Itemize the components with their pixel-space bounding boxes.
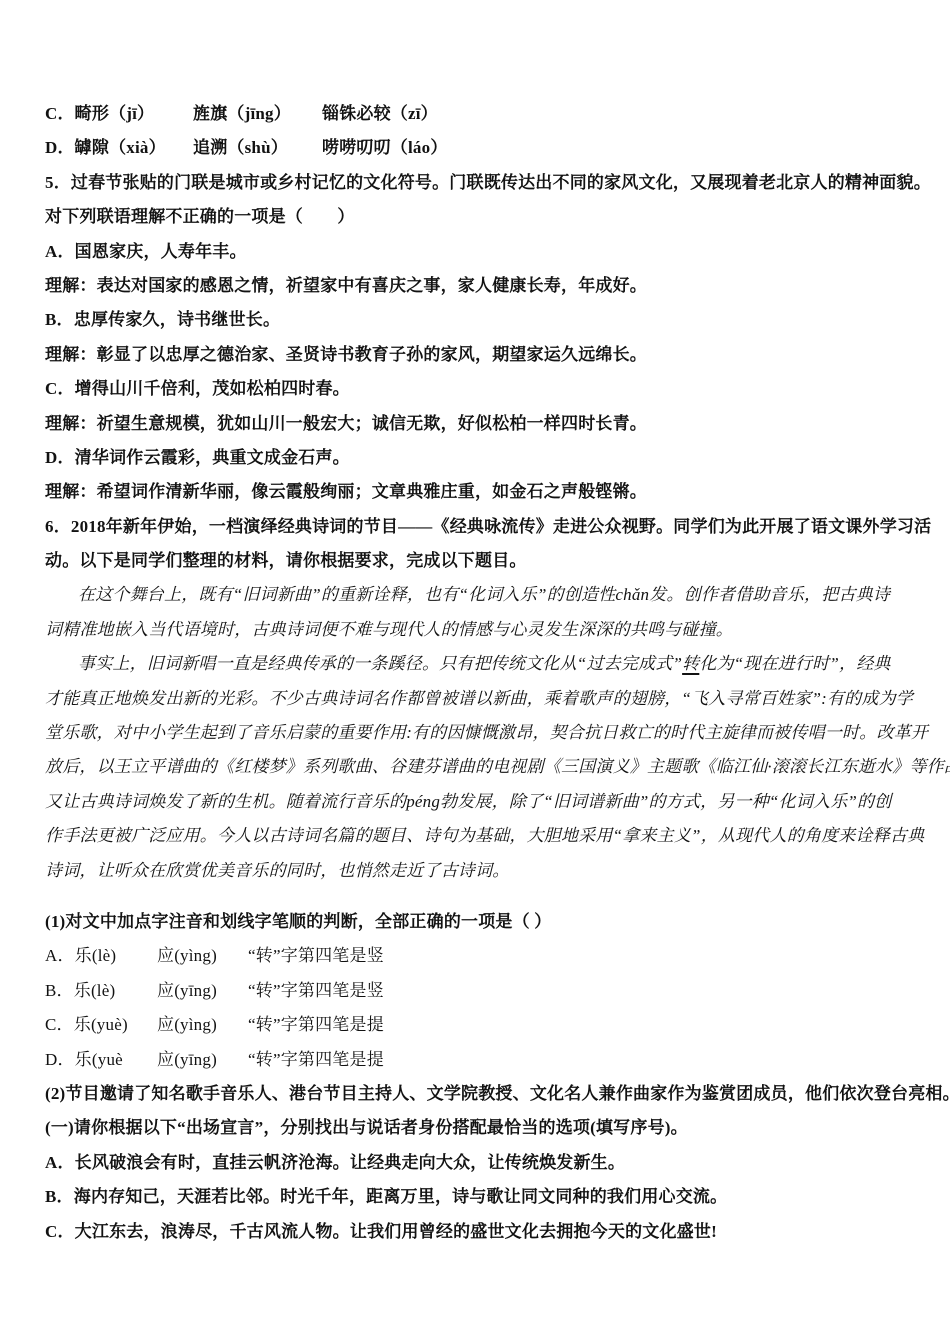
question-6-stem-line-2: 动。以下是同学们整理的材料，请你根据要求，完成以下题目。 bbox=[45, 544, 906, 578]
question-5-option-c-interpretation: 理解：祈望生意规模，犹如山川一般宏大；诚信无欺，好似松柏一样四时长青。 bbox=[45, 407, 906, 441]
pinyin-judgment-cell: D．乐(yuè bbox=[45, 1043, 157, 1077]
question-5-option-d-couplet: D．清华词作云霞彩，典重文成金石声。 bbox=[45, 441, 906, 475]
material-paragraph-2-line-3: 堂乐歌，对中小学生起到了音乐启蒙的重要作用:有的因慷慨激昂，契合抗日救亡的时代主… bbox=[45, 716, 906, 750]
pinyin-option-cell: 旌旗（jīng） bbox=[193, 97, 322, 131]
stroke-judgment-cell: “转”字第四笔是提 bbox=[248, 1008, 906, 1042]
sub-question-1-option-a: A．乐(lè) 应(yìng) “转”字第四笔是竖 bbox=[45, 939, 906, 973]
declaration-option-b: B．海内存知己，天涯若比邻。时光千年，距离万里，诗与歌让同文同种的我们用心交流。 bbox=[45, 1180, 906, 1214]
pinyin-option-row-c: C．畸形（jī） 旌旗（jīng） 锱铢必较（zī） bbox=[45, 97, 906, 131]
underlined-char: 转 bbox=[682, 654, 699, 673]
sub-question-1-option-c: C．乐(yuè) 应(yìng) “转”字第四笔是提 bbox=[45, 1008, 906, 1042]
pinyin-judgment-cell: 应(yìng) bbox=[157, 1008, 248, 1042]
material-paragraph-2-line-5: 又让古典诗词焕发了新的生机。随着流行音乐的péng勃发展，除了“旧词谱新曲”的方… bbox=[45, 785, 906, 819]
pinyin-option-cell: 唠唠叨叨（láo） bbox=[322, 131, 906, 165]
pinyin-option-row-d: D．罅隙（xià） 追溯（shù） 唠唠叨叨（láo） bbox=[45, 131, 906, 165]
material-paragraph-2-line-6: 作手法更被广泛应用。今人以古诗词名篇的题目、诗句为基础，大胆地采用“拿来主义”，… bbox=[45, 819, 906, 853]
exam-page: C．畸形（jī） 旌旗（jīng） 锱铢必较（zī） D．罅隙（xià） 追溯（… bbox=[0, 0, 950, 1249]
sub-question-2-stem: (2)节目邀请了知名歌手音乐人、港台节目主持人、文学院教授、文化名人兼作曲家作为… bbox=[45, 1077, 906, 1111]
pinyin-judgment-cell: A．乐(lè) bbox=[45, 939, 157, 973]
pinyin-option-cell: D．罅隙（xià） bbox=[45, 131, 193, 165]
pinyin-option-cell: 追溯（shù） bbox=[193, 131, 322, 165]
pinyin-option-cell: C．畸形（jī） bbox=[45, 97, 193, 131]
question-5-option-a-couplet: A．国恩家庆，人寿年丰。 bbox=[45, 235, 906, 269]
material-paragraph-2-line-4: 放后，以王立平谱曲的《红楼梦》系列歌曲、谷建芬谱曲的电视剧《三国演义》主题歌《临… bbox=[45, 750, 906, 784]
stroke-judgment-cell: “转”字第四笔是竖 bbox=[248, 974, 906, 1008]
material-paragraph-2-line-1: 事实上，旧词新唱一直是经典传承的一条蹊径。只有把传统文化从“过去完成式”转化为“… bbox=[45, 647, 906, 681]
material-text: 化为“现在进行时”，经典 bbox=[699, 654, 890, 673]
question-5-stem-line-1: 5．过春节张贴的门联是城市或乡村记忆的文化符号。门联既传达出不同的家风文化，又展… bbox=[45, 166, 906, 200]
sub-question-1-option-b: B．乐(lè) 应(yīng) “转”字第四笔是竖 bbox=[45, 974, 906, 1008]
part-one-instruction: (一)请你根据以下“出场宣言”，分别找出与说话者身份搭配最恰当的选项(填写序号)… bbox=[45, 1111, 906, 1145]
pinyin-judgment-cell: C．乐(yuè) bbox=[45, 1008, 157, 1042]
material-paragraph-2-line-2: 才能真正地焕发出新的光彩。不少古典诗词名作都曾被谱以新曲，乘着歌声的翅膀，“飞入… bbox=[45, 682, 906, 716]
sub-question-1-stem: (1)对文中加点字注音和划线字笔顺的判断，全部正确的一项是（ ） bbox=[45, 905, 906, 939]
question-5-option-d-interpretation: 理解：希望词作清新华丽，像云霞般绚丽；文章典雅庄重，如金石之声般铿锵。 bbox=[45, 475, 906, 509]
question-5-option-b-interpretation: 理解：彰显了以忠厚之德治家、圣贤诗书教育子孙的家风，期望家运久远绵长。 bbox=[45, 338, 906, 372]
stroke-judgment-cell: “转”字第四笔是竖 bbox=[248, 939, 906, 973]
question-6-stem-line-1: 6．2018年新年伊始，一档演绎经典诗词的节目——《经典咏流传》走进公众视野。同… bbox=[45, 510, 906, 544]
pinyin-option-cell: 锱铢必较（zī） bbox=[322, 97, 906, 131]
declaration-option-c: C．大江东去，浪涛尽，千古风流人物。让我们用曾经的盛世文化去拥抱今天的文化盛世! bbox=[45, 1215, 906, 1249]
material-paragraph-1-line-2: 词精准地嵌入当代语境时，古典诗词便不难与现代人的情感与心灵发生深深的共鸣与碰撞。 bbox=[45, 613, 906, 647]
material-paragraph-1-line-1: 在这个舞台上，既有“旧词新曲”的重新诠释，也有“化词入乐”的创造性chǎn发。创… bbox=[45, 578, 906, 612]
pinyin-judgment-cell: 应(yīng) bbox=[157, 974, 248, 1008]
question-5-option-c-couplet: C．增得山川千倍利，茂如松柏四时春。 bbox=[45, 372, 906, 406]
pinyin-judgment-cell: B．乐(lè) bbox=[45, 974, 157, 1008]
question-5-stem-line-2: 对下列联语理解不正确的一项是（ ） bbox=[45, 200, 906, 234]
question-5-option-a-interpretation: 理解：表达对国家的感恩之情，祈望家中有喜庆之事，家人健康长寿，年成好。 bbox=[45, 269, 906, 303]
stroke-judgment-cell: “转”字第四笔是提 bbox=[248, 1043, 906, 1077]
sub-question-1-option-d: D．乐(yuè 应(yīng) “转”字第四笔是提 bbox=[45, 1043, 906, 1077]
question-5-option-b-couplet: B．忠厚传家久，诗书继世长。 bbox=[45, 303, 906, 337]
declaration-option-a: A．长风破浪会有时，直挂云帆济沧海。让经典走向大众，让传统焕发新生。 bbox=[45, 1146, 906, 1180]
material-paragraph-2-line-7: 诗词，让听众在欣赏优美音乐的同时，也悄然走近了古诗词。 bbox=[45, 854, 906, 888]
pinyin-judgment-cell: 应(yìng) bbox=[157, 939, 248, 973]
material-text: 事实上，旧词新唱一直是经典传承的一条蹊径。只有把传统文化从“过去完成式” bbox=[78, 654, 682, 673]
pinyin-judgment-cell: 应(yīng) bbox=[157, 1043, 248, 1077]
